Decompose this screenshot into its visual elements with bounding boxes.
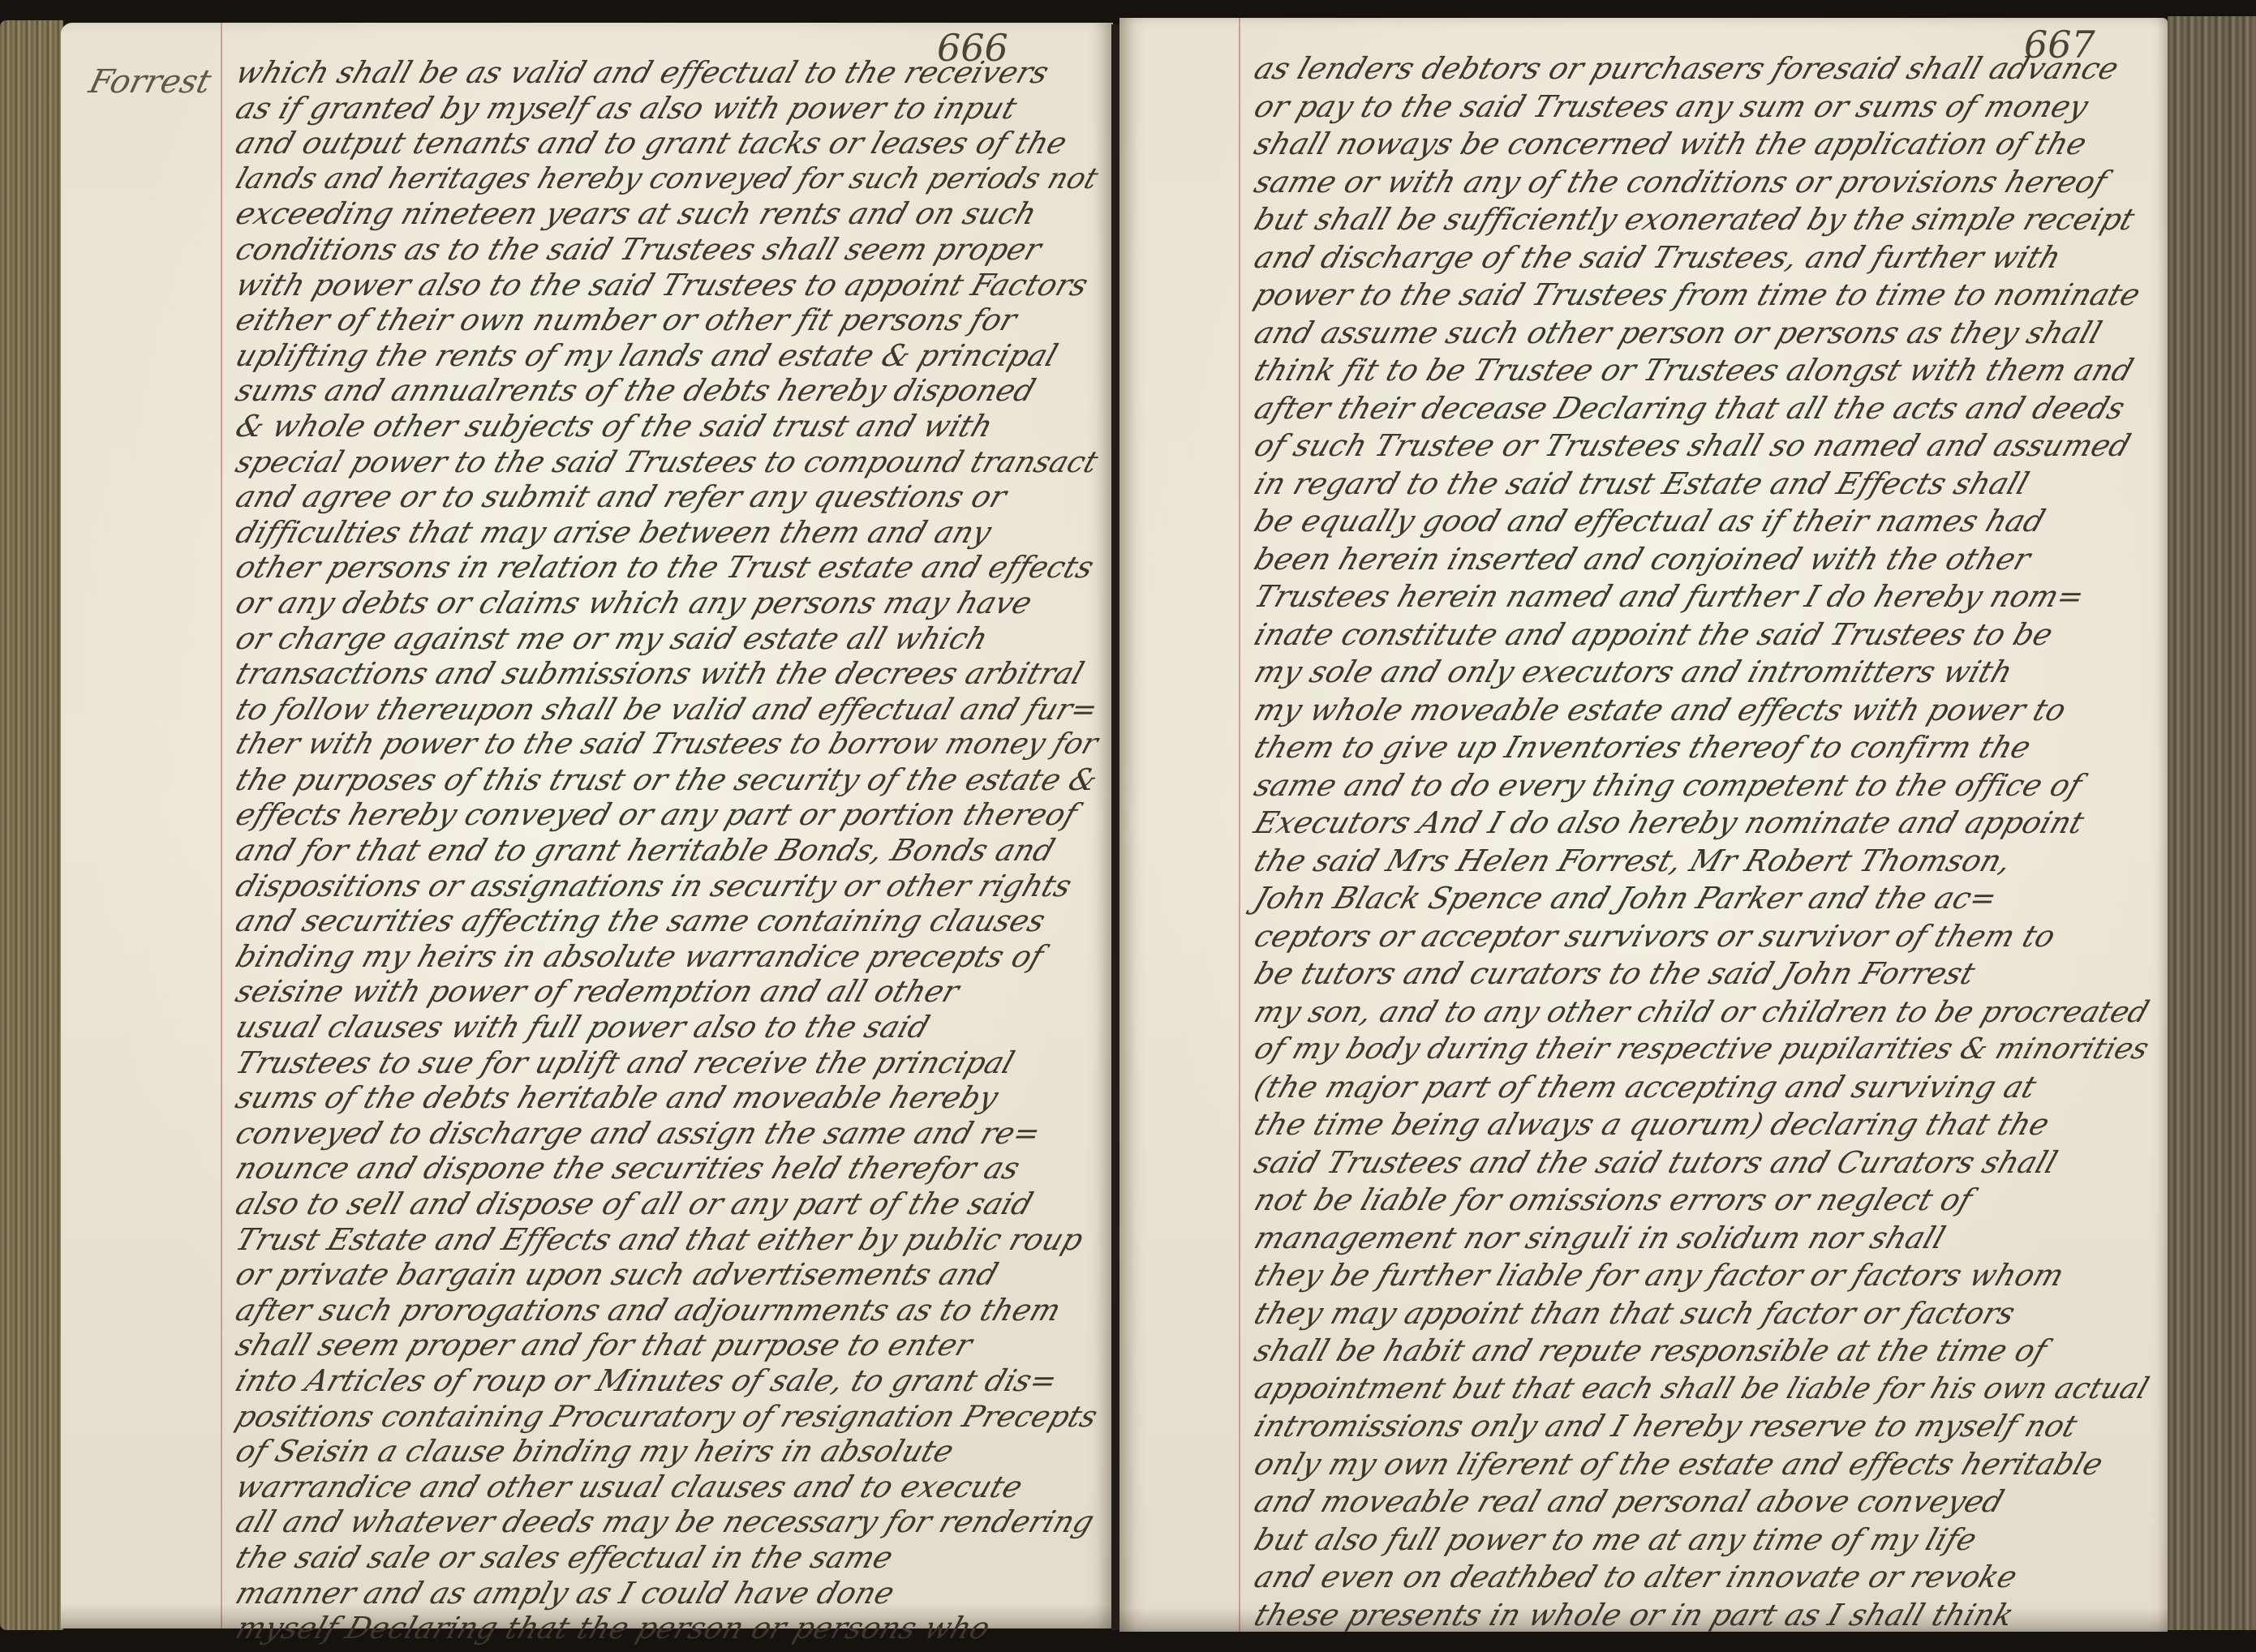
right-margin-rule — [1239, 18, 1240, 1632]
text-line: management nor singuli in solidum nor sh… — [1249, 1220, 2154, 1258]
text-line: they be further liable for any factor or… — [1249, 1257, 2154, 1295]
text-line: positions containing Procuratory of resi… — [231, 1399, 1102, 1435]
text-line: same or with any of the conditions or pr… — [1249, 164, 2154, 202]
text-line: sums and annualrents of the debts hereby… — [231, 373, 1102, 409]
text-line: and output tenants and to grant tacks or… — [231, 126, 1102, 161]
text-line: but shall be sufficiently exonerated by … — [1249, 201, 2154, 239]
text-line: with power also to the said Trustees to … — [231, 268, 1102, 303]
text-line: of my body during their respective pupil… — [1249, 1031, 2154, 1069]
text-line: warrandice and other usual clauses and t… — [231, 1470, 1102, 1505]
text-line: not be liable for omissions errors or ne… — [1249, 1182, 2154, 1220]
text-line: which shall be as valid and effectual to… — [231, 55, 1102, 91]
text-line: my son, and to any other child or childr… — [1249, 993, 2154, 1032]
text-line: usual clauses with full power also to th… — [231, 1010, 1102, 1045]
text-line: power to the said Trustees from time to … — [1249, 277, 2154, 315]
text-line: appointment but that each shall be liabl… — [1249, 1371, 2154, 1409]
text-line: transactions and submissions with the de… — [231, 656, 1102, 692]
text-line: as lenders debtors or purchasers foresai… — [1249, 50, 2154, 88]
left-page: Forrest 666 which shall be as valid and … — [61, 23, 1113, 1628]
text-line: as if granted by myself as also with pow… — [231, 91, 1102, 127]
text-line: and moveable real and personal above con… — [1249, 1483, 2154, 1521]
text-line: think fit to be Trustee or Trustees alon… — [1249, 352, 2154, 390]
text-line: or pay to the said Trustees any sum or s… — [1249, 88, 2154, 127]
text-line: to follow thereupon shall be valid and e… — [231, 692, 1102, 727]
text-line: Executors And I do also hereby nominate … — [1249, 805, 2154, 843]
text-line: and for that end to grant heritable Bond… — [231, 833, 1102, 869]
text-line: my sole and only executors and intromitt… — [1249, 654, 2154, 692]
text-line: but also full power to me at any time of… — [1249, 1521, 2154, 1560]
text-line: uplifting the rents of my lands and esta… — [231, 338, 1102, 374]
text-line: and securities affecting the same contai… — [231, 903, 1102, 939]
text-line: they may appoint than that such factor o… — [1249, 1295, 2154, 1333]
text-line: seisine with power of redemption and all… — [231, 974, 1102, 1010]
book-spread-scan: Forrest 666 which shall be as valid and … — [0, 0, 2256, 1652]
text-line: Trust Estate and Effects and that either… — [231, 1222, 1102, 1258]
text-line: all and whatever deeds may be necessary … — [231, 1504, 1102, 1540]
text-line: other persons in relation to the Trust e… — [231, 550, 1102, 586]
text-line: Trustees herein named and further I do h… — [1249, 578, 2154, 616]
text-line: and discharge of the said Trustees, and … — [1249, 239, 2154, 277]
text-line: of Seisin a clause binding my heirs in a… — [231, 1434, 1102, 1470]
right-page-edges — [2168, 16, 2256, 1630]
text-line: difficulties that may arise between them… — [231, 515, 1102, 551]
text-line: the purposes of this trust or the securi… — [231, 762, 1102, 798]
text-line: and even on deathbed to alter innovate o… — [1249, 1559, 2154, 1597]
text-line: or any debts or claims which any persons… — [231, 586, 1102, 621]
text-line: & whole other subjects of the said trust… — [231, 409, 1102, 444]
text-line: shall noways be concerned with the appli… — [1249, 126, 2154, 164]
text-line: sums of the debts heritable and moveable… — [231, 1080, 1102, 1116]
text-line: the said Mrs Helen Forrest, Mr Robert Th… — [1249, 843, 2154, 881]
text-line: of such Trustee or Trustees shall so nam… — [1249, 427, 2154, 466]
page-shadow — [61, 1604, 1113, 1628]
left-page-edges — [0, 20, 63, 1630]
text-line: be tutors and curators to the said John … — [1249, 955, 2154, 993]
text-line: lands and heritages hereby conveyed for … — [231, 161, 1102, 197]
text-line: in regard to the said trust Estate and E… — [1249, 466, 2154, 504]
text-line: conveyed to discharge and assign the sam… — [231, 1116, 1102, 1152]
text-line: same and to do every thing competent to … — [1249, 767, 2154, 805]
text-line: and agree or to submit and refer any que… — [231, 479, 1102, 515]
right-page: 667 as lenders debtors or purchasers for… — [1119, 18, 2168, 1632]
text-line: be equally good and effectual as if thei… — [1249, 503, 2154, 541]
text-line: only my own liferent of the estate and e… — [1249, 1446, 2154, 1484]
page-shadow — [1119, 1607, 2168, 1632]
text-line: conditions as to the said Trustees shall… — [231, 232, 1102, 268]
text-line: shall seem proper and for that purpose t… — [231, 1328, 1102, 1363]
left-page-text: which shall be as valid and effectual to… — [231, 55, 1091, 1646]
text-line: inate constitute and appoint the said Tr… — [1249, 616, 2154, 654]
text-line: and assume such other person or persons … — [1249, 315, 2154, 353]
text-line: been herein inserted and conjoined with … — [1249, 541, 2154, 579]
text-line: nounce and dispone the securities held t… — [231, 1151, 1102, 1186]
text-line: the time being always a quorum) declarin… — [1249, 1106, 2154, 1144]
right-page-text: as lenders debtors or purchasers foresai… — [1249, 50, 2142, 1634]
text-line: after such prorogations and adjournments… — [231, 1293, 1102, 1328]
text-line: John Black Spence and John Parker and th… — [1249, 880, 2154, 918]
text-line: or private bargain upon such advertiseme… — [231, 1257, 1102, 1293]
text-line: after their decease Declaring that all t… — [1249, 390, 2154, 428]
text-line: them to give up Inventories thereof to c… — [1249, 729, 2154, 767]
text-line: into Articles of roup or Minutes of sale… — [231, 1363, 1102, 1399]
margin-note: Forrest — [85, 63, 215, 101]
text-line: the said sale or sales effectual in the … — [231, 1540, 1102, 1576]
text-line: either of their own number or other fit … — [231, 303, 1102, 338]
text-line: ther with power to the said Trustees to … — [231, 727, 1102, 762]
text-line: or charge against me or my said estate a… — [231, 621, 1102, 657]
text-line: binding my heirs in absolute warrandice … — [231, 939, 1102, 975]
text-line: Trustees to sue for uplift and receive t… — [231, 1045, 1102, 1081]
left-margin-rule — [221, 23, 222, 1628]
text-line: my whole moveable estate and effects wit… — [1249, 692, 2154, 730]
text-line: dispositions or assignations in security… — [231, 869, 1102, 904]
text-line: (the major part of them accepting and su… — [1249, 1069, 2154, 1107]
text-line: said Trustees and the said tutors and Cu… — [1249, 1144, 2154, 1182]
text-line: intromissions only and I hereby reserve … — [1249, 1408, 2154, 1446]
text-line: shall be habit and repute responsible at… — [1249, 1332, 2154, 1371]
text-line: also to sell and dispose of all or any p… — [231, 1186, 1102, 1222]
text-line: effects hereby conveyed or any part or p… — [231, 797, 1102, 833]
text-line: special power to the said Trustees to co… — [231, 444, 1102, 480]
text-line: exceeding nineteen years at such rents a… — [231, 196, 1102, 232]
text-line: ceptors or acceptor survivors or survivo… — [1249, 918, 2154, 956]
